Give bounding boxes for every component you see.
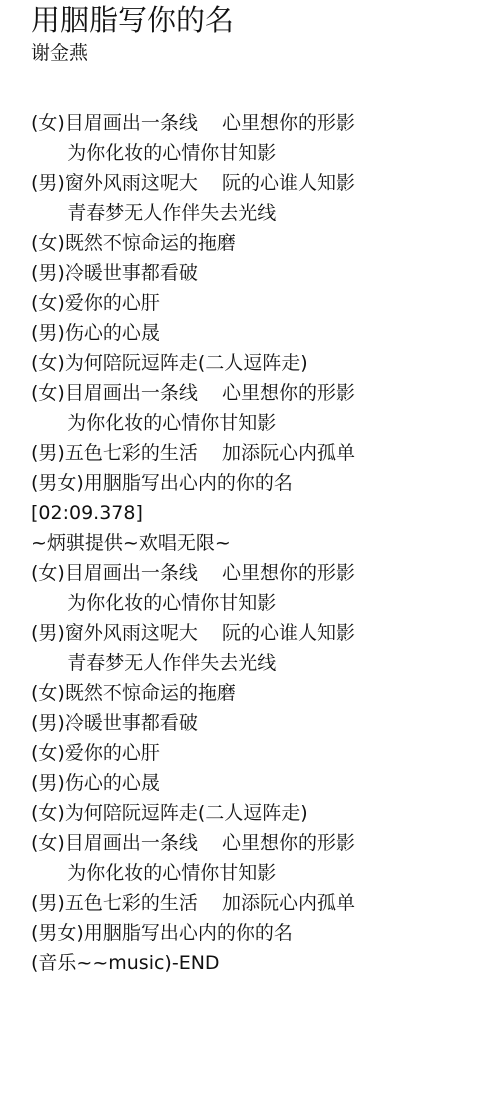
lyrics-block: (女)目眉画出一条线 心里想你的形影 为你化妆的心情你甘知影 (男)窗外风雨这呢…	[31, 108, 355, 978]
lyric-line: (女)目眉画出一条线 心里想你的形影	[31, 378, 355, 408]
lyric-line: 为你化妆的心情你甘知影	[31, 408, 355, 438]
lyric-line: (女)目眉画出一条线 心里想你的形影	[31, 108, 355, 138]
lyric-line: (女)爱你的心肝	[31, 738, 355, 768]
lyric-line: (男)五色七彩的生活 加添阮心内孤单	[31, 438, 355, 468]
lyric-line: (女)既然不惊命运的拖磨	[31, 678, 355, 708]
lyric-line: (女)目眉画出一条线 心里想你的形影	[31, 558, 355, 588]
lyric-line: (女)既然不惊命运的拖磨	[31, 228, 355, 258]
lyric-line: (女)为何陪阮逗阵走(二人逗阵走)	[31, 798, 355, 828]
song-title: 用胭脂写你的名	[31, 2, 234, 38]
lyric-line: (男)窗外风雨这呢大 阮的心谁人知影	[31, 168, 355, 198]
lyric-credit: ~炳骐提供~欢唱无限~	[31, 528, 355, 558]
lyric-line: (女)为何陪阮逗阵走(二人逗阵走)	[31, 348, 355, 378]
lyric-line: (男)伤心的心晟	[31, 768, 355, 798]
lyric-line: 青春梦无人作伴失去光线	[31, 198, 355, 228]
lyric-line: (男)窗外风雨这呢大 阮的心谁人知影	[31, 618, 355, 648]
lyric-line: 为你化妆的心情你甘知影	[31, 858, 355, 888]
lyric-line: 青春梦无人作伴失去光线	[31, 648, 355, 678]
lyric-line: (男)冷暖世事都看破	[31, 708, 355, 738]
lyric-line: (女)爱你的心肝	[31, 288, 355, 318]
lyric-end: (音乐~~music)-END	[31, 948, 355, 978]
lyric-timestamp: [02:09.378]	[31, 498, 355, 528]
song-artist: 谢金燕	[31, 40, 88, 66]
lyric-line: (男)五色七彩的生活 加添阮心内孤单	[31, 888, 355, 918]
lyric-line: (男)伤心的心晟	[31, 318, 355, 348]
lyric-line: (男女)用胭脂写出心内的你的名	[31, 468, 355, 498]
lyric-line: (男女)用胭脂写出心内的你的名	[31, 918, 355, 948]
lyric-line: 为你化妆的心情你甘知影	[31, 588, 355, 618]
lyric-line: (女)目眉画出一条线 心里想你的形影	[31, 828, 355, 858]
lyric-line: (男)冷暖世事都看破	[31, 258, 355, 288]
lyric-line: 为你化妆的心情你甘知影	[31, 138, 355, 168]
